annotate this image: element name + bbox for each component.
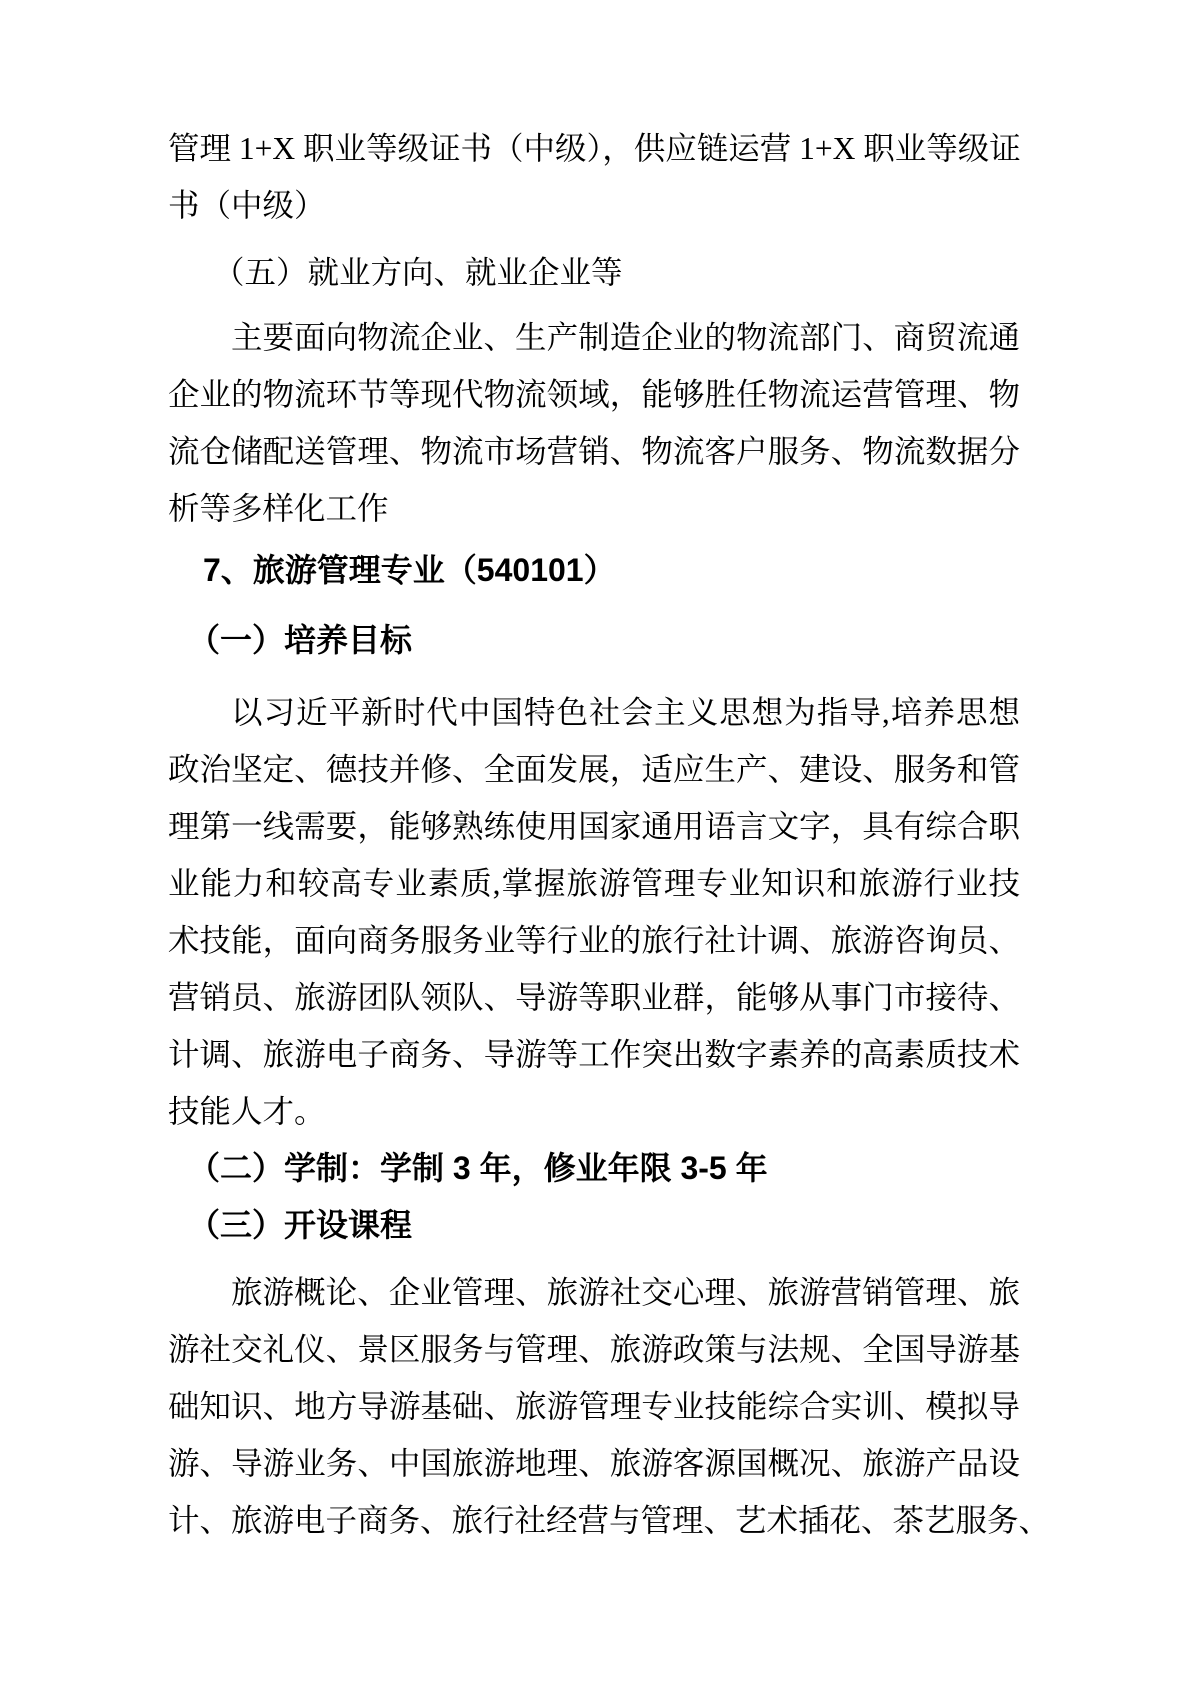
doc-line: 流仓储配送管理、物流市场营销、物流客户服务、物流数据分 — [168, 423, 1020, 480]
section-heading-training-goal: （一）培养目标 — [168, 612, 1020, 669]
doc-line: 游、导游业务、中国旅游地理、旅游客源国概况、旅游产品设 — [168, 1435, 1020, 1492]
doc-line: 旅游概论、企业管理、旅游社交心理、旅游营销管理、旅 — [168, 1264, 1020, 1321]
doc-line: 业能力和较高专业素质,掌握旅游管理专业知识和旅游行业技 — [168, 855, 1020, 912]
doc-line: 计调、旅游电子商务、导游等工作突出数字素养的高素质技术 — [168, 1026, 1020, 1083]
paragraph-employment: 主要面向物流企业、生产制造企业的物流部门、商贸流通 企业的物流环节等现代物流领域… — [168, 309, 1020, 537]
doc-line: 础知识、地方导游基础、旅游管理专业技能综合实训、模拟导 — [168, 1378, 1020, 1435]
doc-line: 书（中级） — [168, 177, 1020, 234]
paragraph-training-goal: 以习近平新时代中国特色社会主义思想为指导,培养思想 政治坚定、德技并修、全面发展… — [168, 684, 1020, 1140]
section-heading-employment: （五）就业方向、就业企业等 — [168, 244, 1020, 301]
doc-line: 技能人才。 — [168, 1083, 1020, 1140]
doc-line: 营销员、旅游团队领队、导游等职业群，能够从事门市接待、 — [168, 969, 1020, 1026]
heading-tourism-major: 7、旅游管理专业（540101） — [168, 542, 1020, 599]
section-heading-courses: （三）开设课程 — [168, 1197, 1020, 1254]
paragraph-courses: 旅游概论、企业管理、旅游社交心理、旅游营销管理、旅 游社交礼仪、景区服务与管理、… — [168, 1264, 1020, 1549]
doc-line: 析等多样化工作 — [168, 480, 1020, 537]
doc-line: 管理 1+X 职业等级证书（中级），供应链运营 1+X 职业等级证 — [168, 120, 1020, 177]
section-heading-schooling-length: （二）学制：学制 3 年，修业年限 3-5 年 — [168, 1140, 1020, 1197]
doc-line: 术技能，面向商务服务业等行业的旅行社计调、旅游咨询员、 — [168, 912, 1020, 969]
doc-line: 以习近平新时代中国特色社会主义思想为指导,培养思想 — [168, 684, 1020, 741]
paragraph-certificates: 管理 1+X 职业等级证书（中级），供应链运营 1+X 职业等级证 书（中级） — [168, 120, 1020, 234]
doc-line: 理第一线需要，能够熟练使用国家通用语言文字，具有综合职 — [168, 798, 1020, 855]
doc-line: 主要面向物流企业、生产制造企业的物流部门、商贸流通 — [168, 309, 1020, 366]
text-block: 管理 1+X 职业等级证书（中级），供应链运营 1+X 职业等级证 书（中级） … — [168, 0, 1020, 1549]
document-page: 管理 1+X 职业等级证书（中级），供应链运营 1+X 职业等级证 书（中级） … — [0, 0, 1191, 1684]
doc-line: 游社交礼仪、景区服务与管理、旅游政策与法规、全国导游基 — [168, 1321, 1020, 1378]
doc-line: 政治坚定、德技并修、全面发展，适应生产、建设、服务和管 — [168, 741, 1020, 798]
doc-line: 计、旅游电子商务、旅行社经营与管理、艺术插花、茶艺服务、 — [168, 1492, 1020, 1549]
doc-line: 企业的物流环节等现代物流领域，能够胜任物流运营管理、物 — [168, 366, 1020, 423]
